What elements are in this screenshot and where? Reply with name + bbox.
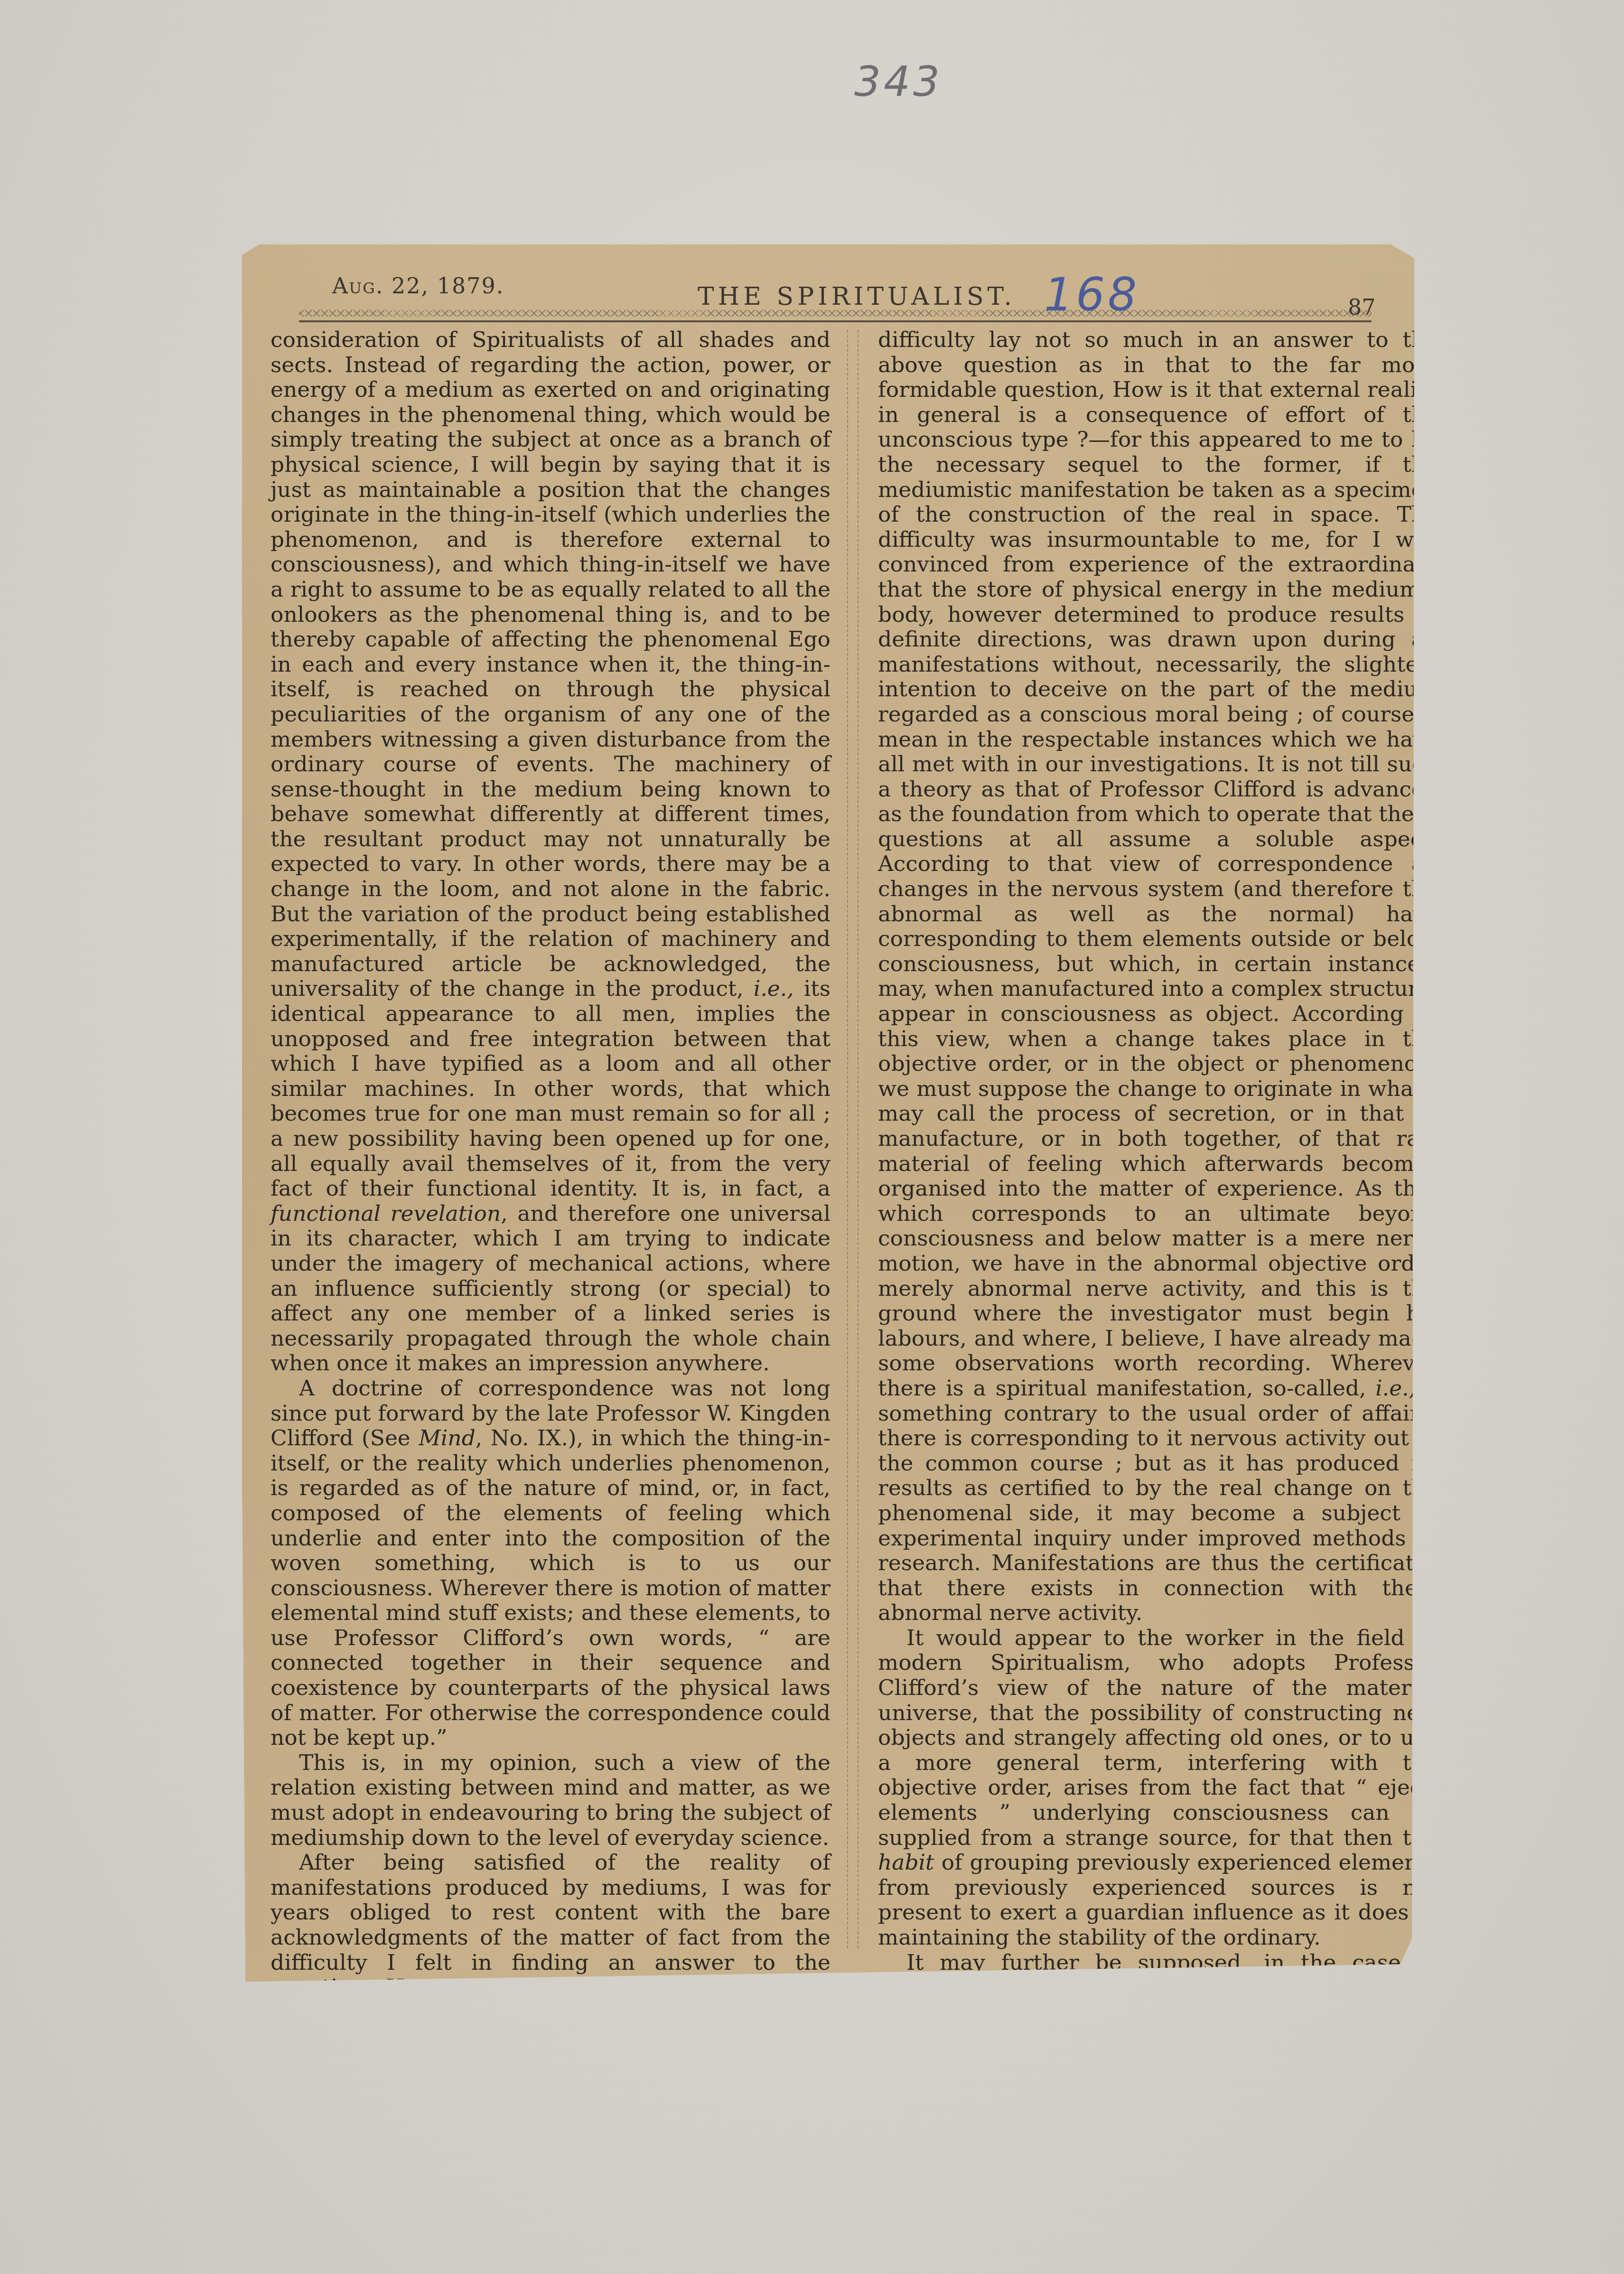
text: , and therefore one universal in its cha… bbox=[271, 1201, 831, 1376]
column-divider bbox=[847, 330, 859, 1948]
publication-title: THE SPIRITUALIST. bbox=[698, 282, 1016, 311]
header-rule bbox=[299, 320, 1372, 322]
text: This is, in my opinion, such a view of t… bbox=[271, 1750, 831, 1850]
text: of grouping previously experienced eleme… bbox=[878, 1850, 1438, 1950]
italic-text: Mind bbox=[419, 1425, 476, 1450]
text: difficulty lay not so much in an answer … bbox=[878, 327, 1438, 1401]
newspaper-clipping: Aug. 22, 1879. THE SPIRITUALIST. 168 87 … bbox=[242, 244, 1414, 1982]
italic-text: sine qua non bbox=[686, 2024, 831, 2049]
paragraph: It would appear to the worker in the fie… bbox=[878, 1626, 1438, 1950]
italic-text: i.e., bbox=[754, 976, 794, 1001]
text: its identical appearance to all men, imp… bbox=[271, 976, 831, 1201]
italic-text: functional revelation bbox=[271, 1201, 501, 1226]
text: consideration of Spiritualists of all sh… bbox=[271, 327, 831, 1001]
text: , No. IX.), in which the thing-in-itself… bbox=[271, 1425, 831, 1750]
paragraph: A doctrine of correspondence was not lon… bbox=[271, 1376, 831, 1750]
italic-text: i.e., bbox=[1375, 1376, 1416, 1401]
wavy-rule bbox=[299, 310, 1372, 317]
paragraph: It may further be supposed, in the case … bbox=[878, 1950, 1438, 2150]
text: It may further be supposed, in the case … bbox=[878, 1950, 1438, 2150]
paragraph: This is, in my opinion, such a view of t… bbox=[271, 1750, 831, 1850]
paragraph: consideration of Spiritualists of all sh… bbox=[271, 328, 831, 1376]
right-column: difficulty lay not so much in an answer … bbox=[878, 328, 1438, 2150]
left-column: consideration of Spiritualists of all sh… bbox=[271, 328, 831, 2150]
text: After being satisfied of the reality of … bbox=[271, 1850, 831, 2049]
paragraph: After being satisfied of the reality of … bbox=[271, 1850, 831, 2150]
paragraph: difficulty lay not so much in an answer … bbox=[878, 328, 1438, 1626]
text: a something contrary to the usual order … bbox=[878, 1376, 1438, 1625]
page-header: Aug. 22, 1879. THE SPIRITUALIST. 168 87 bbox=[242, 244, 1414, 316]
folio-number: 343 bbox=[854, 57, 943, 106]
text: It would appear to the worker in the fie… bbox=[878, 1625, 1438, 1850]
text: in its manifestation, if it is merely by… bbox=[271, 2049, 831, 2150]
italic-text: habit bbox=[878, 1850, 934, 1875]
issue-date: Aug. 22, 1879. bbox=[332, 273, 504, 299]
